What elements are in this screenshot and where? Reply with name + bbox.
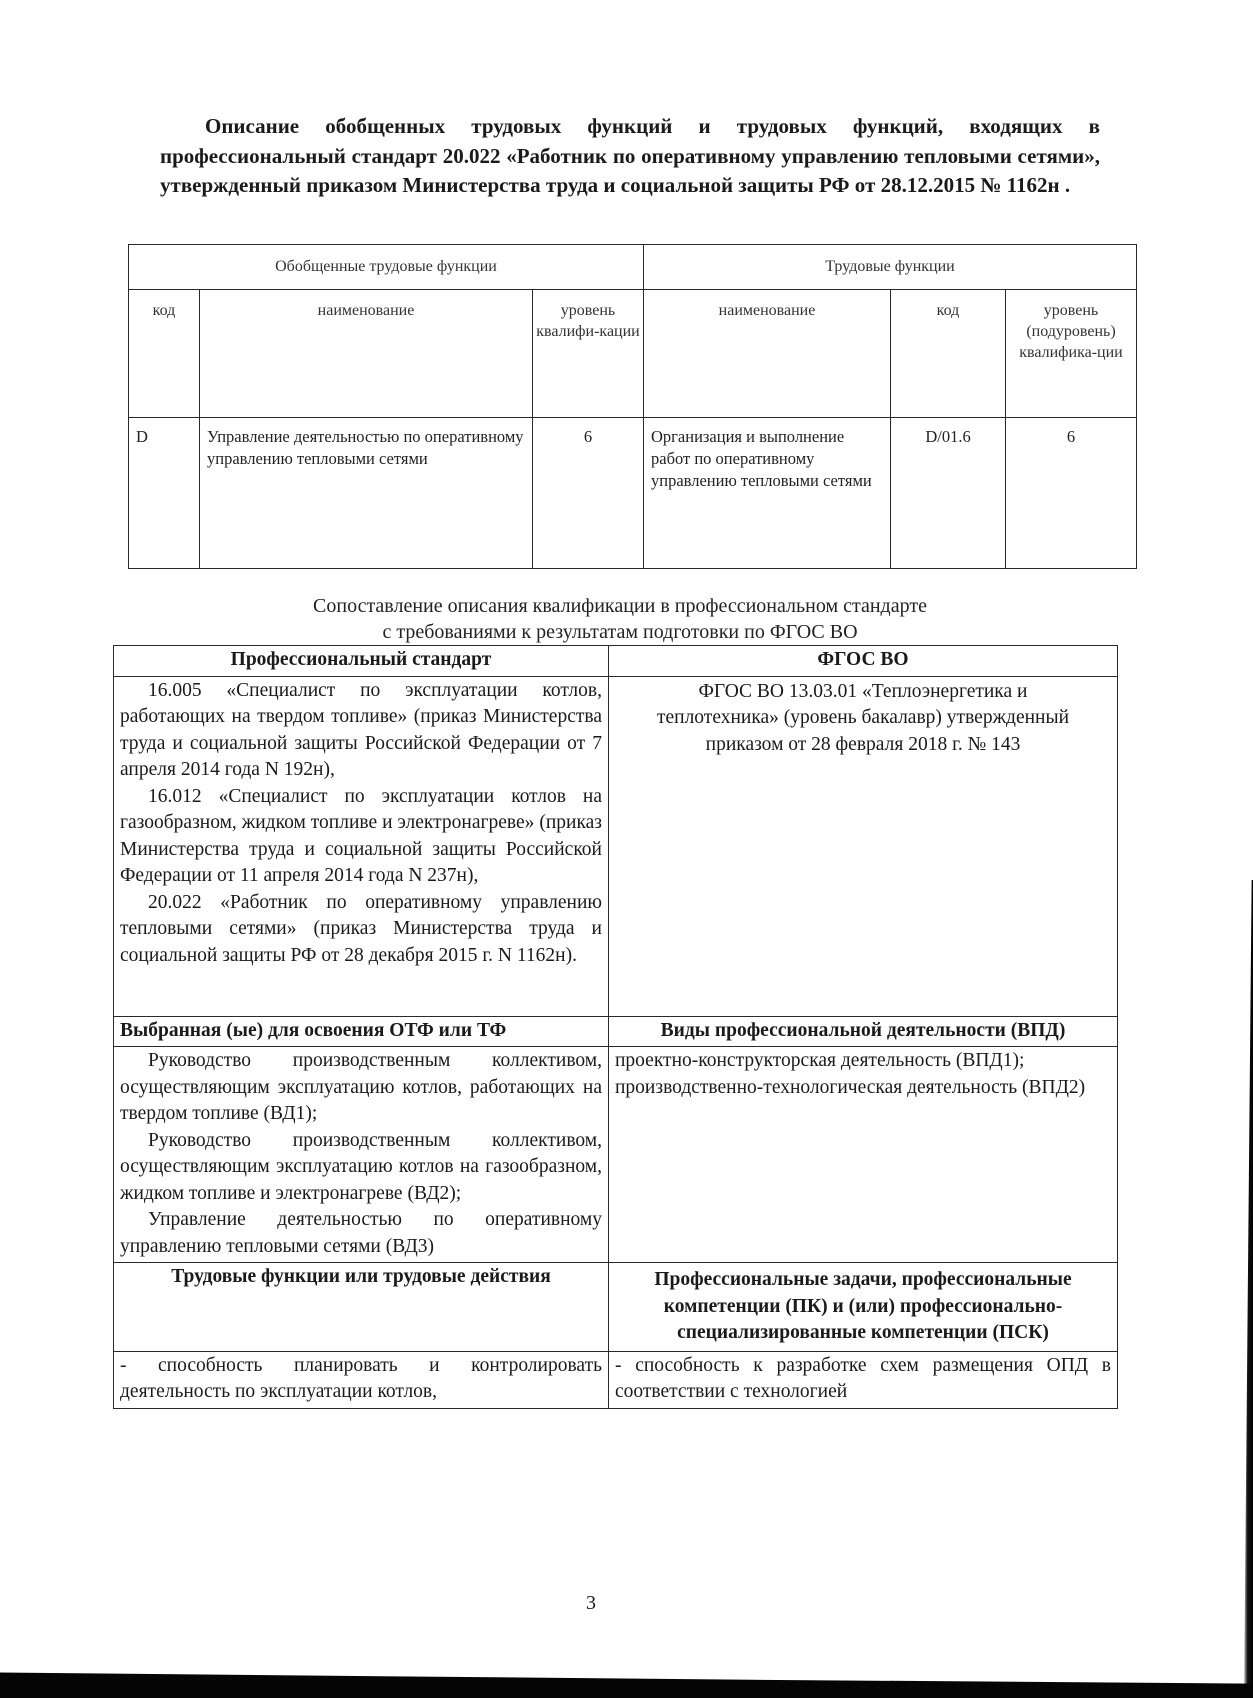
tf-level: 6 (1006, 418, 1137, 569)
activities-cell: проектно-конструкторская деятельность (В… (609, 1047, 1118, 1263)
otf-level: 6 (533, 418, 644, 569)
standard-item: 16.012 «Специалист по эксплуатации котло… (120, 784, 602, 890)
subtitle-line-1: Сопоставление описания квалификации в пр… (150, 593, 1090, 619)
selected-cell: Руководство производственным коллективом… (114, 1047, 609, 1263)
otf-code: D (129, 418, 200, 569)
header-labor-actions: Трудовые функции или трудовые действия (114, 1263, 609, 1352)
fgos-cell: ФГОС ВО 13.03.01 «Теплоэнергетика и тепл… (609, 676, 1118, 1016)
comparison-subtitle: Сопоставление описания квалификации в пр… (150, 593, 1090, 645)
col-header-tf-level: уровень (подуровень) квалифика-ции (1006, 290, 1137, 418)
page-number: 3 (586, 1592, 596, 1615)
labor-action-cell: - способность планировать и контролирова… (114, 1351, 609, 1408)
header-prof-standard: Профессиональный стандарт (114, 646, 609, 677)
comparison-table: Профессиональный стандарт ФГОС ВО 16.005… (113, 645, 1118, 1409)
competency-cell: - способность к разработке схем размещен… (609, 1351, 1118, 1408)
group-header-tf: Трудовые функции (644, 245, 1137, 290)
header-competencies: Профессиональные задачи, профессиональны… (609, 1263, 1118, 1352)
labor-functions-table: Обобщенные трудовые функции Трудовые фун… (128, 244, 1137, 569)
col-header-level: уровень квалифи-кации (533, 290, 644, 418)
scan-edge-bottom (0, 1650, 1253, 1698)
tf-code: D/01.6 (891, 418, 1006, 569)
selected-item: Руководство производственным коллективом… (120, 1128, 602, 1208)
standard-item: 16.005 «Специалист по эксплуатации котло… (120, 678, 602, 784)
header-activity-types: Виды профессиональной деятельности (ВПД) (609, 1016, 1118, 1047)
standards-cell: 16.005 «Специалист по эксплуатации котло… (114, 676, 609, 1016)
standard-item: 20.022 «Работник по оперативному управле… (120, 890, 602, 970)
header-fgos: ФГОС ВО (609, 646, 1118, 677)
col-header-tf-name: наименование (644, 290, 891, 418)
tf-name: Организация и выполнение работ по операт… (644, 418, 891, 569)
selected-item: Управление деятельностью по оперативному… (120, 1207, 602, 1260)
col-header-code: код (129, 290, 200, 418)
subtitle-line-2: с требованиями к результатам подготовки … (150, 619, 1090, 645)
selected-item: Руководство производственным коллективом… (120, 1048, 602, 1128)
header-selected-otf: Выбранная (ые) для освоения ОТФ или ТФ (114, 1016, 609, 1047)
col-header-name: наименование (200, 290, 533, 418)
activity-item: производственно-технологическая деятельн… (615, 1075, 1111, 1102)
activity-item: проектно-конструкторская деятельность (В… (615, 1048, 1111, 1075)
scan-edge-right (1244, 880, 1253, 1698)
document-title: Описание обобщенных трудовых функций и т… (160, 112, 1100, 201)
otf-name: Управление деятельностью по оперативному… (200, 418, 533, 569)
col-header-tf-code: код (891, 290, 1006, 418)
group-header-otf: Обобщенные трудовые функции (129, 245, 644, 290)
table-row: D Управление деятельностью по оперативно… (129, 418, 1137, 569)
